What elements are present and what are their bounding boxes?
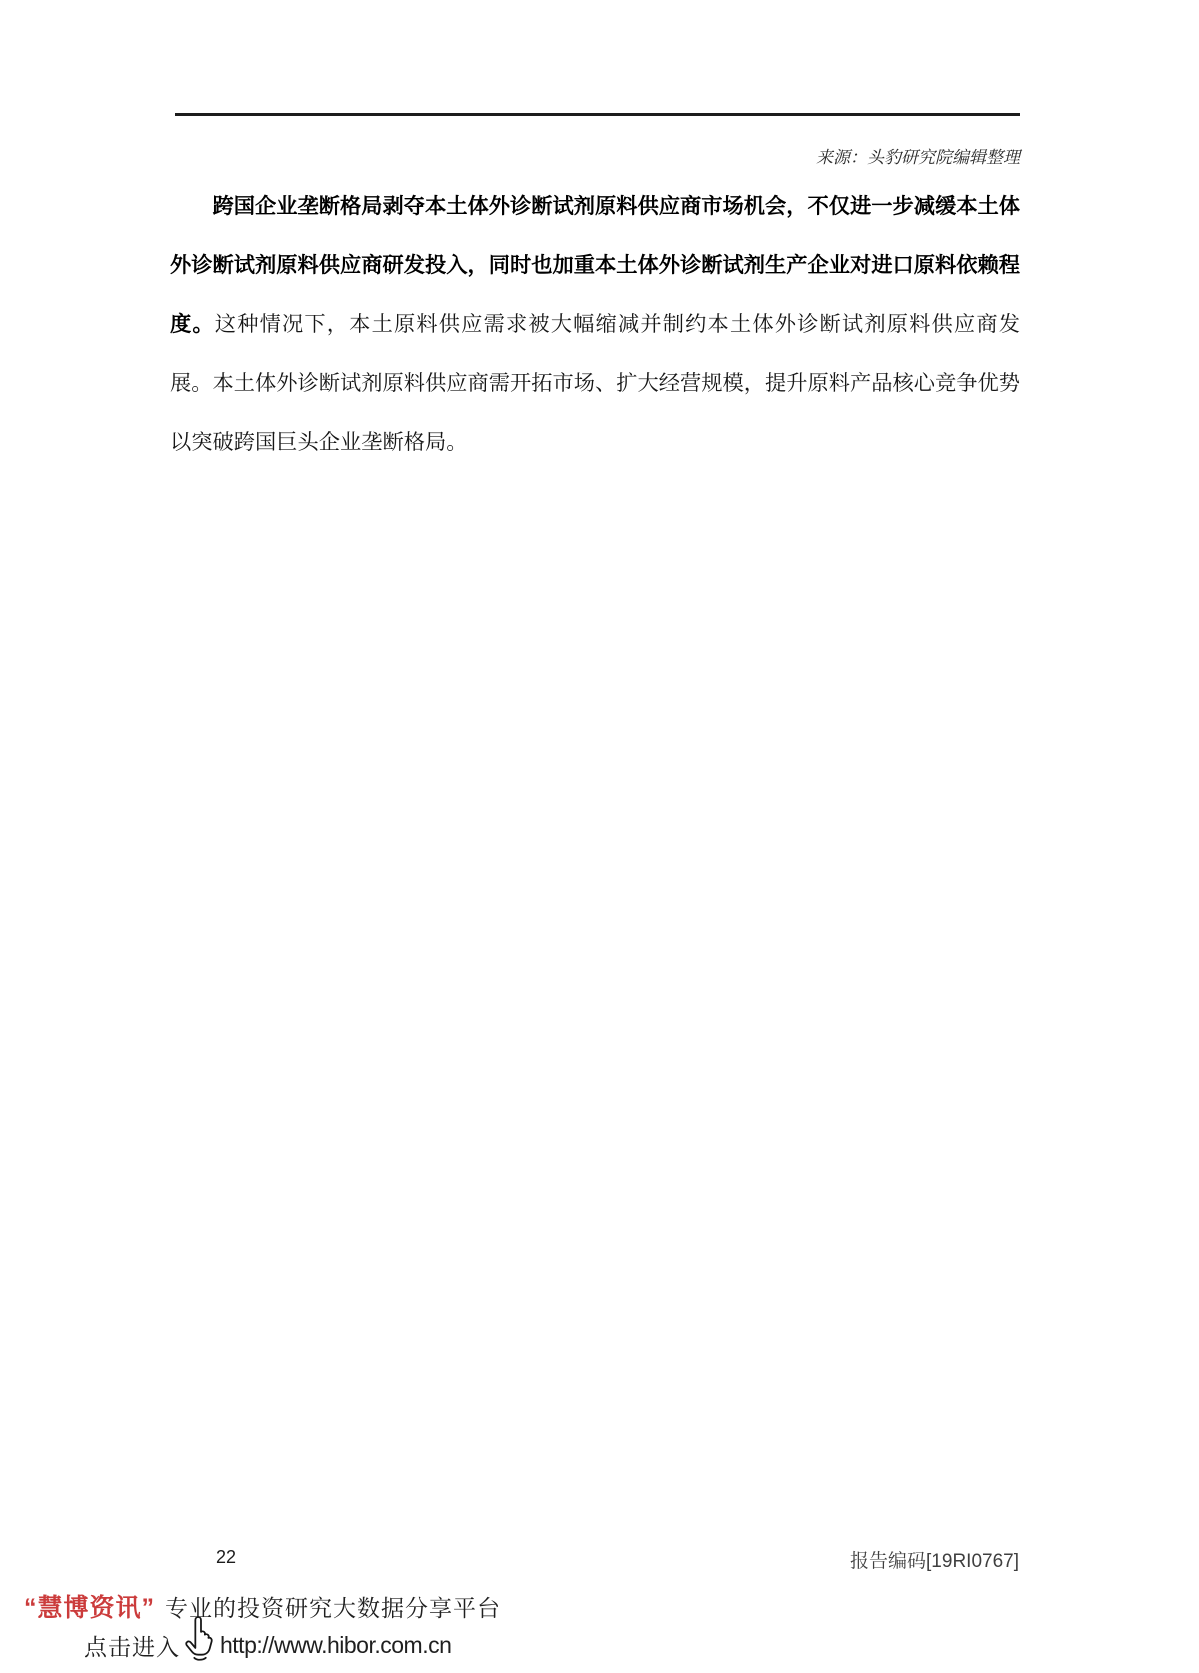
footer-cta-label[interactable]: 点击进入 — [84, 1629, 180, 1662]
footer-link-line[interactable]: 点击进入 http://www.hibor.com.cn — [84, 1628, 451, 1662]
footer-url-link[interactable]: http://www.hibor.com.cn — [220, 1632, 451, 1659]
footer-brand-text: “慧博资讯” — [24, 1588, 155, 1624]
hand-pointer-icon — [182, 1616, 216, 1662]
footer-brand-line: “慧博资讯” 专业的投资研究大数据分享平台 — [24, 1588, 501, 1624]
body-paragraph: 跨国企业垄断格局剥夺本土体外诊断试剂原料供应商市场机会，不仅进一步减缓本土体外诊… — [170, 177, 1020, 472]
source-note: 来源：头豹研究院编辑整理 — [816, 143, 1020, 168]
paragraph-regular-segment: 这种情况下，本土原料供应需求被大幅缩减并制约本土体外诊断试剂原料供应商发展。本土… — [170, 312, 1020, 454]
report-page: 来源：头豹研究院编辑整理 跨国企业垄断格局剥夺本土体外诊断试剂原料供应商市场机会… — [0, 0, 1199, 1673]
page-number: 22 — [216, 1547, 236, 1568]
report-code: 报告编码[19RI0767] — [850, 1546, 1019, 1573]
top-divider — [175, 113, 1020, 116]
